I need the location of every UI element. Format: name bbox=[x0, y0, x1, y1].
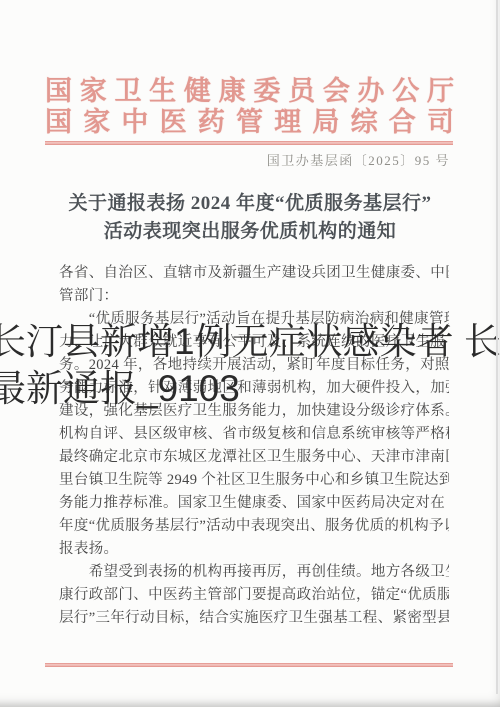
notice-body-line: 各省、自治区、直辖市及新疆生产建设兵团卫生健康委、中医药主 bbox=[59, 262, 449, 285]
notice-body-line: 层行”三年行动目标，结合实施医疗卫生强基工程、紧密型县域医 bbox=[59, 607, 449, 630]
caption-line: 最新通报_9103 bbox=[0, 365, 500, 412]
notice-body-line: 机构自评、县区级审核、省市级复核和信息系统审核等严格程序， bbox=[59, 423, 449, 446]
caption-line: 长汀县新增1例无症状感染者 长汀县疫情防控 bbox=[0, 318, 500, 365]
notice-body-line: 年度“优质服务基层行”活动中表现突出、服务优质的机构予以通 bbox=[59, 515, 449, 538]
footer-divider bbox=[45, 663, 453, 667]
document-number: 国卫办基层函〔2025〕95 号 bbox=[45, 150, 450, 169]
notice-body-line: 希望受到表扬的机构再接再厉，再创佳绩。地方各级卫生健 bbox=[59, 561, 449, 584]
notice-body-line: 康行政部门、中医药主管部门要提高政治站位，锚定“优质服务基 bbox=[59, 584, 449, 607]
notice-title: 关于通报表扬 2024 年度“优质服务基层行”活动表现突出服务优质机构的通知 bbox=[0, 190, 500, 246]
notice-body-line: 务能力推荐标准。国家卫生健康委、国家中医药局决定对在 2024 bbox=[59, 492, 449, 515]
page-edge-bottom bbox=[0, 699, 500, 707]
letterhead-line: 国家卫生健康委员会办公厅 bbox=[45, 76, 455, 107]
notice-body-line: 报表扬。 bbox=[59, 538, 449, 561]
notice-body-line: 里台镇卫生院等 2949 个社区卫生服务中心和乡镇卫生院达到服 bbox=[59, 469, 449, 492]
document-scan: 国家卫生健康委员会办公厅国家中医药管理局综合司 国卫办基层函〔2025〕95 号… bbox=[0, 0, 500, 707]
notice-title-line: 活动表现突出服务优质机构的通知 bbox=[0, 218, 500, 246]
letterhead-line: 国家中医药管理局综合司 bbox=[45, 107, 455, 138]
notice-body-line: 管部门： bbox=[59, 285, 449, 308]
notice-body-line: 最终确定北京市东城区龙潭社区卫生服务中心、天津市津南区八 bbox=[59, 446, 449, 469]
caption-overlay: 长汀县新增1例无症状感染者 长汀县疫情防控最新通报_9103 bbox=[0, 318, 500, 412]
letterhead: 国家卫生健康委员会办公厅国家中医药管理局综合司 bbox=[45, 76, 455, 138]
letterhead-divider bbox=[45, 141, 453, 145]
page-edge-right bbox=[496, 0, 498, 694]
notice-title-line: 关于通报表扬 2024 年度“优质服务基层行” bbox=[0, 190, 500, 218]
